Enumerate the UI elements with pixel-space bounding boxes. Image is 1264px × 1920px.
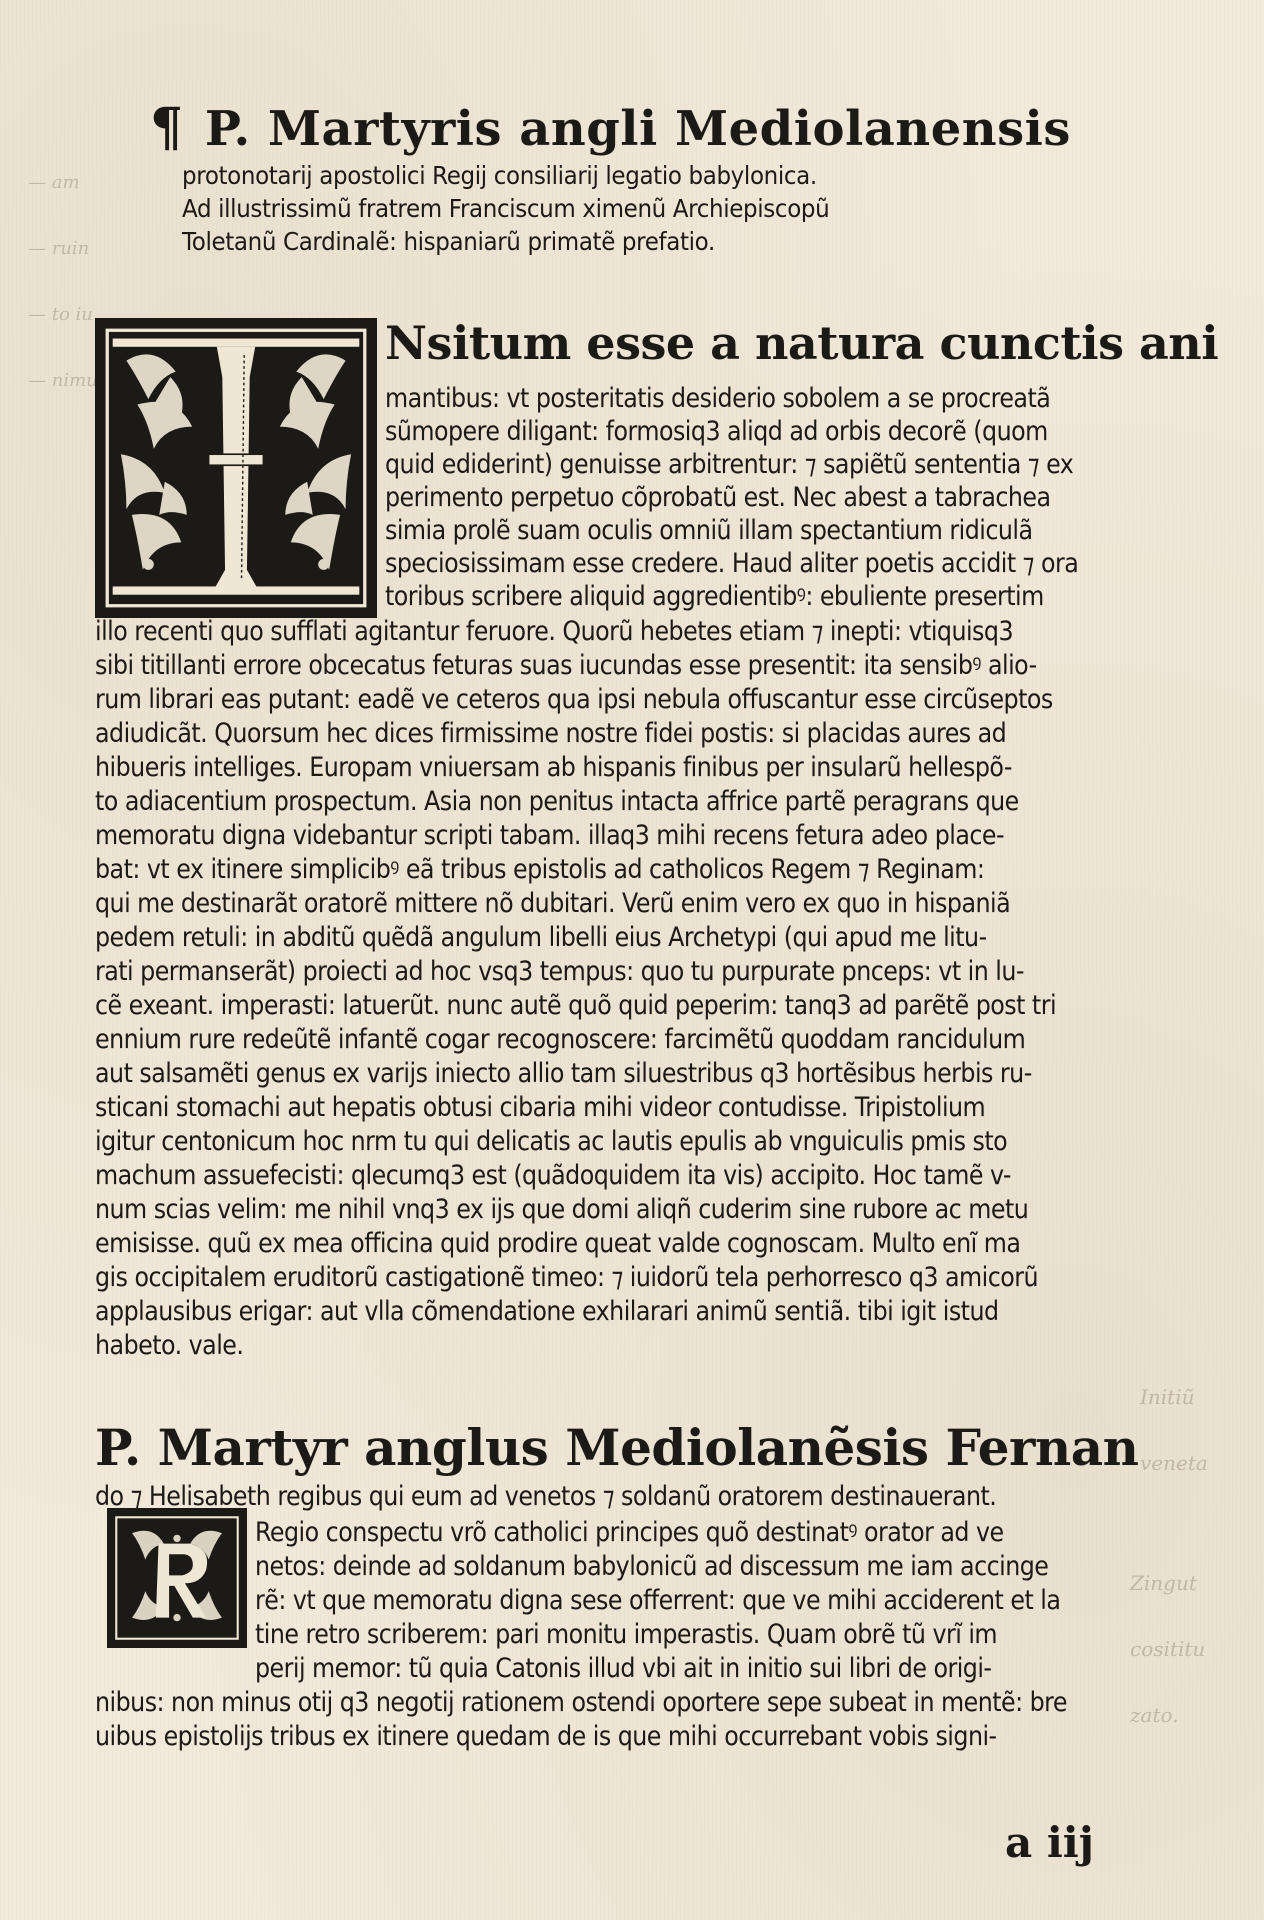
text-line: rum librari eas putant: eadẽ ve ceteros …	[95, 683, 1053, 716]
letter-heading: P. Martyr anglus Mediolanẽsis Fernan	[95, 1420, 1138, 1476]
text-line: applausibus erigar: aut vlla cõmendation…	[95, 1295, 999, 1328]
text-line: sibi titillanti errore obcecatus feturas…	[95, 649, 1037, 682]
title-block: ¶ P. Martyris angli Mediolanensis proton…	[150, 100, 1070, 258]
text-line: tine retro scriberem: pari monitu impera…	[255, 1618, 997, 1651]
decorated-initial-r-icon	[107, 1508, 247, 1648]
text-line: toribus scribere aliquid aggredientibꝰ: …	[385, 580, 1044, 613]
text-line: mantibus: vt posteritatis desiderio sobo…	[385, 382, 1050, 415]
text-line: sũmopere diligant: formosiq3 aliqd ad or…	[385, 415, 1048, 448]
bleed-through-left: — am — ruin — to iu — nimu	[28, 128, 98, 436]
text-line: gis occipitalem eruditorũ castigationẽ t…	[95, 1261, 1038, 1294]
subtitle-line: Toletanũ Cardinalẽ: hispaniarũ primatẽ p…	[182, 225, 999, 258]
text-line: igitur centonicum hoc nrm tu qui delicat…	[95, 1125, 1007, 1158]
text-line: Regio conspectu vrõ catholici principes …	[255, 1516, 1004, 1549]
text-line: memoratu digna videbantur scripti tabam.…	[95, 819, 1004, 852]
subtitle-line: protonotarij apostolici Regij consiliari…	[182, 159, 999, 192]
text-line: cẽ exeant. imperasti: latuerũt. nunc aut…	[95, 989, 1056, 1022]
text-line: bat: vt ex itinere simplicibꝰ eã tribus …	[95, 853, 984, 886]
text-line: quid ediderint) genuisse arbitrentur: ⁊ …	[385, 448, 1073, 481]
page-title: ¶ P. Martyris angli Mediolanensis	[150, 100, 1070, 157]
text-line: illo recenti quo sufflati agitantur feru…	[95, 615, 1013, 648]
text-line: uibus epistolijs tribus ex itinere queda…	[95, 1720, 997, 1753]
book-page: — am — ruin — to iu — nimu Initiũ veneta…	[0, 0, 1264, 1920]
text-line: aut salsamẽti genus ex varijs iniecto al…	[95, 1057, 1032, 1090]
title-text: P. Martyris angli Mediolanensis	[205, 101, 1071, 157]
text-line: machum assuefecisti: qlecumq3 est (quãdo…	[95, 1159, 1011, 1192]
text-line: emisisse. quũ ex mea officina quid prodi…	[95, 1227, 1020, 1260]
bleed-through-marginal-note: Zingut cosititu zato.	[1130, 1528, 1205, 1770]
text-line: rati permanserãt) proiecti ad hoc vsq3 t…	[95, 955, 1024, 988]
text-line: sticani stomachi aut hepatis obtusi ciba…	[95, 1091, 985, 1124]
text-line: pedem retuli: in abditũ quẽdã angulum li…	[95, 921, 987, 954]
text-line: hibueris intelliges. Europam vniuersam a…	[95, 751, 1012, 784]
text-line: ennium rure redeũtẽ infantẽ cogar recogn…	[95, 1023, 1025, 1056]
text-line: nibus: non minus otij q3 negotij ratione…	[95, 1686, 1067, 1719]
pilcrow-icon: ¶	[150, 97, 184, 158]
text-line: qui me destinarãt oratorẽ mittere nõ dub…	[95, 887, 1010, 920]
subtitle-line: Ad illustrissimũ fratrem Franciscum xime…	[182, 192, 999, 225]
decorated-initial-i-icon	[95, 318, 377, 618]
text-line: habeto. vale.	[95, 1329, 243, 1362]
text-line: to adiacentium prospectum. Asia non peni…	[95, 785, 1019, 818]
text-line: perij memor: tũ quia Catonis illud vbi a…	[255, 1652, 991, 1685]
text-line: num scias velim: me nihil vnq3 ex ijs qu…	[95, 1193, 1028, 1226]
bleed-through-marginal-note: Initiũ veneta	[1140, 1342, 1208, 1518]
text-line: netos: deinde ad soldanum babylonicũ ad …	[255, 1550, 1048, 1583]
text-line: adiudicãt. Quorsum hec dices firmissime …	[95, 717, 1006, 750]
signature-mark: a iij	[1005, 1818, 1094, 1867]
text-line: rẽ: vt que memoratu digna sese offerrent…	[255, 1584, 1060, 1617]
lead-line: Nsitum esse a natura cunctis ani	[385, 318, 1218, 368]
text-line: speciosissimam esse credere. Haud aliter…	[385, 547, 1078, 580]
text-line: simia prolẽ suam oculis omniũ illam spec…	[385, 514, 1033, 547]
text-line: perimento perpetuo cõprobatũ est. Nec ab…	[385, 481, 1051, 514]
